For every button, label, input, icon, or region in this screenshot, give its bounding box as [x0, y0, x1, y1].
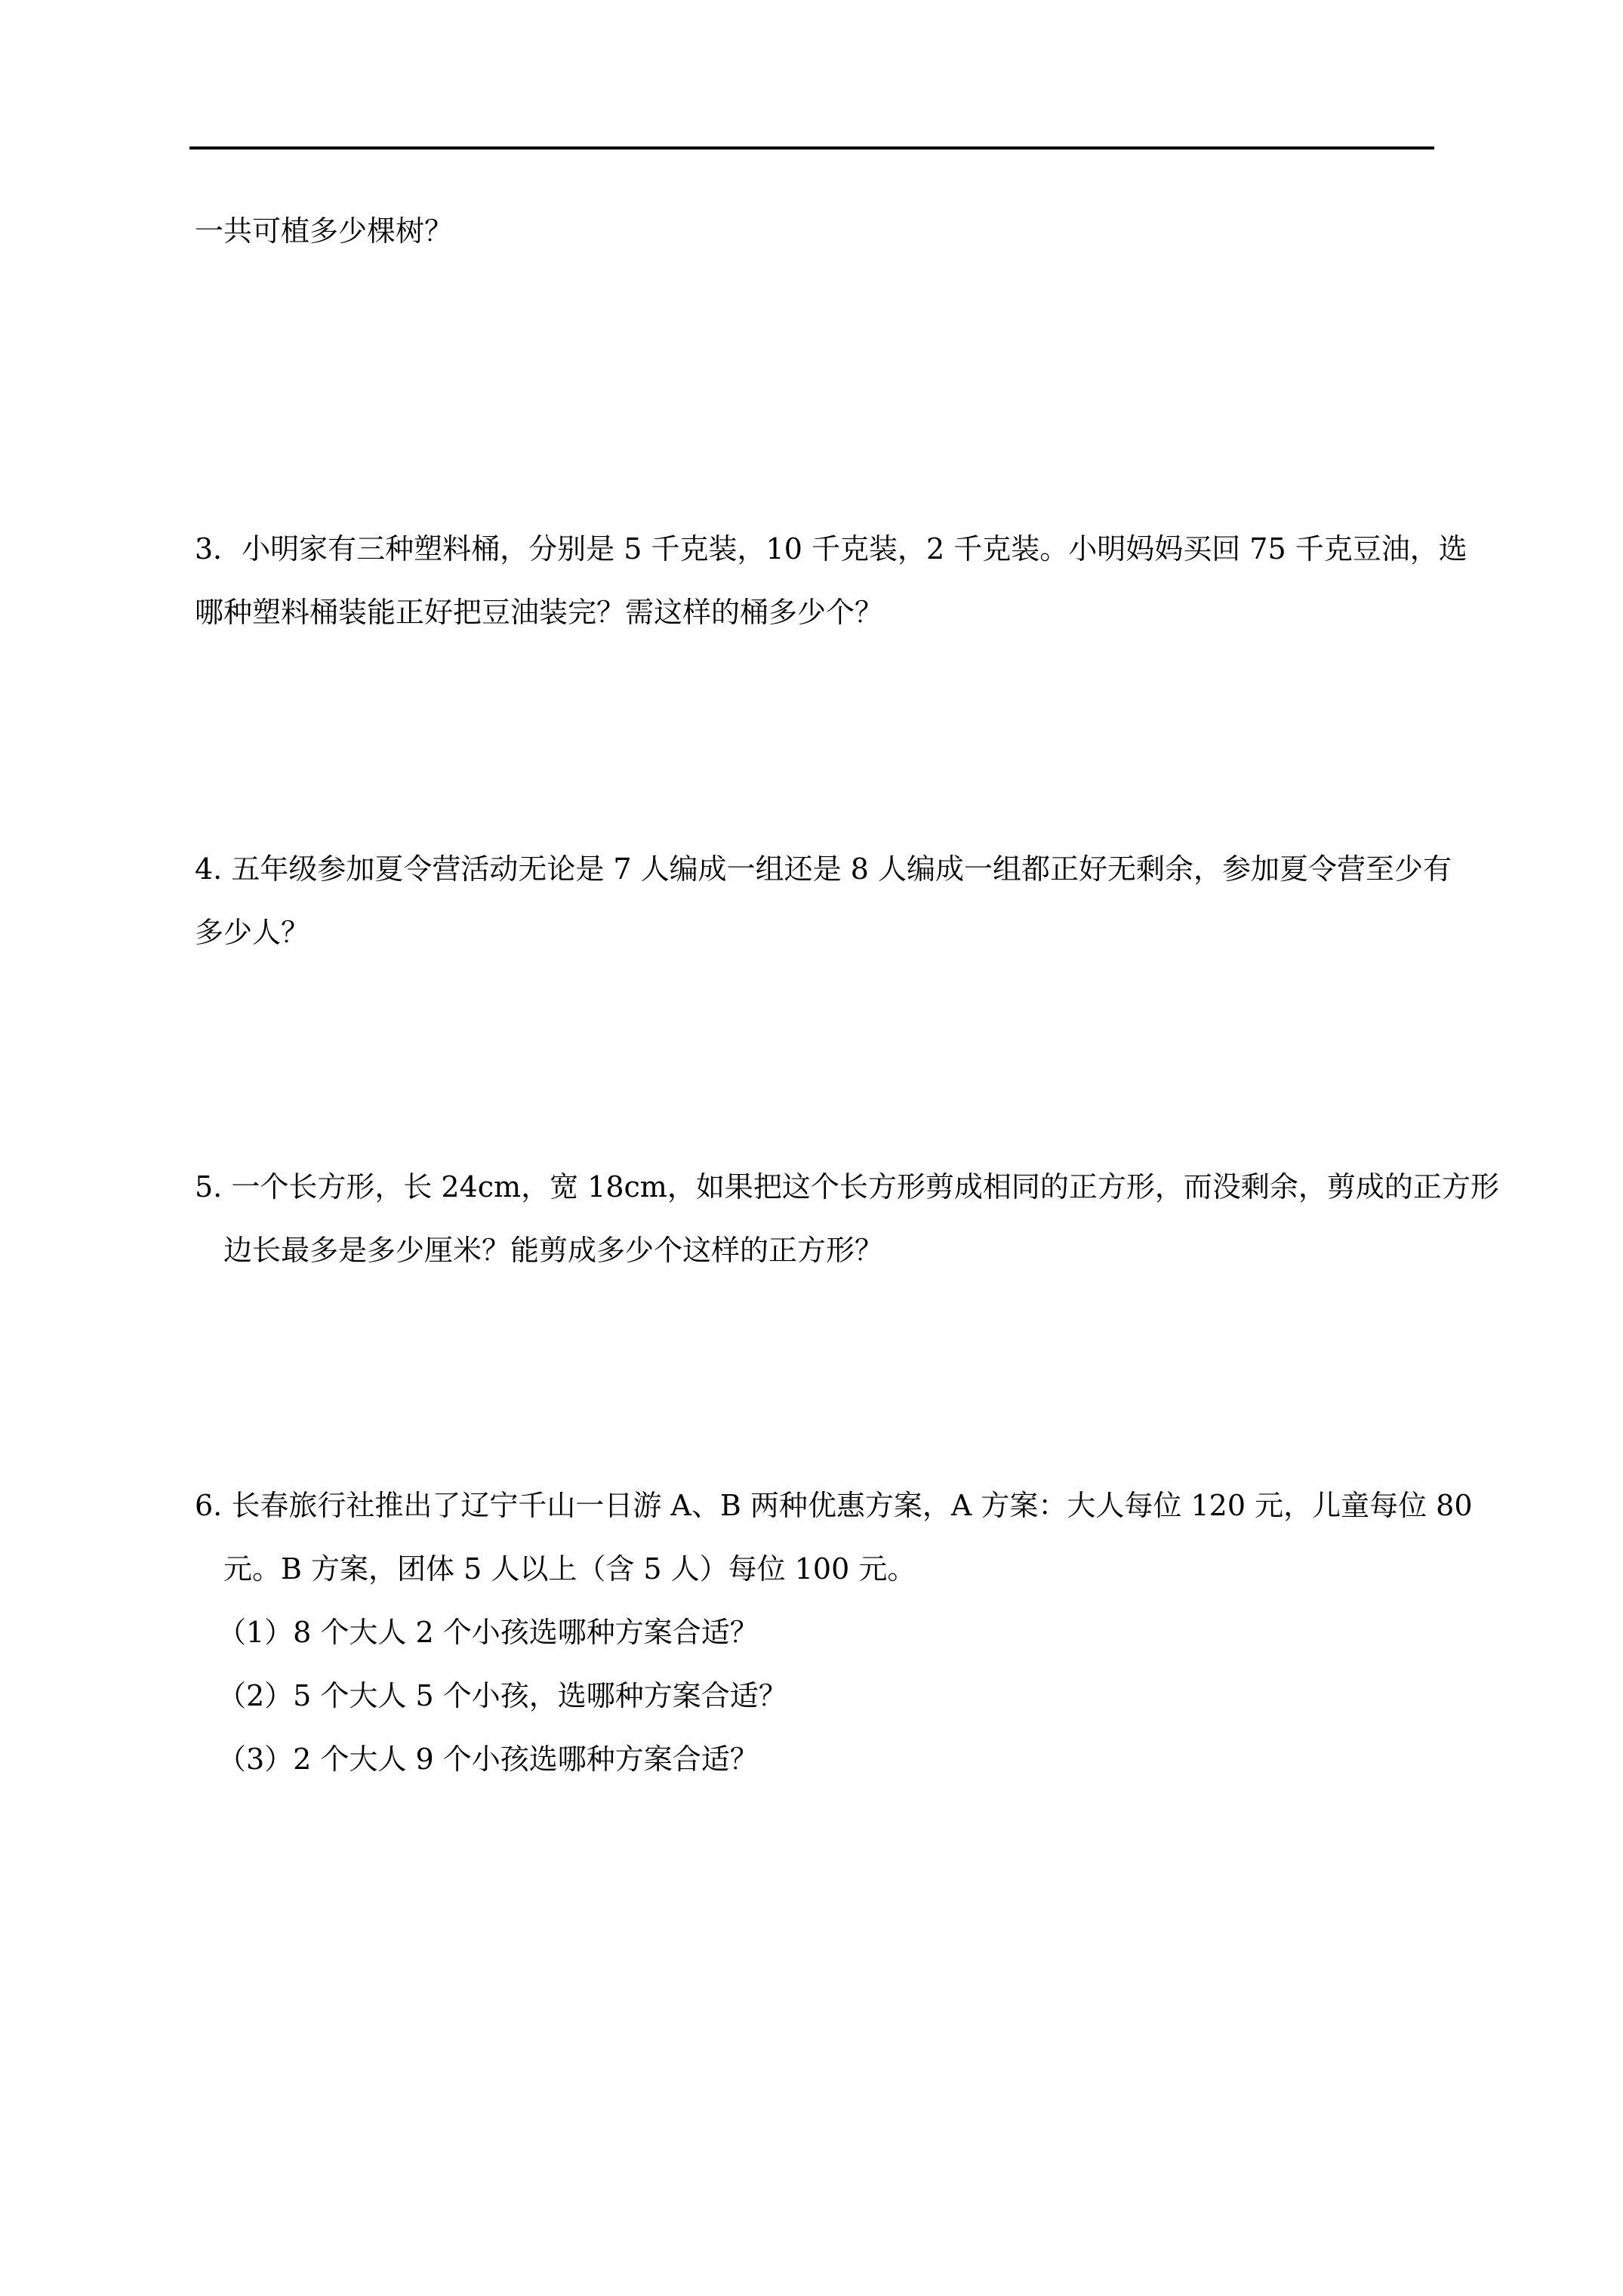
question-6: 6. 长春旅行社推出了辽宁千山一日游 A、B 两种优惠方案，A 方案：大人每位 … — [195, 1474, 1434, 1791]
question-text-line: 多少人？ — [195, 901, 1434, 964]
question-3: 3．小明家有三种塑料桶，分别是 5 千克装，10 千克装，2 千克装。小明妈妈买… — [195, 517, 1434, 644]
sub-question-2: （2）5 个大人 5 个小孩，选哪种方案合适？ — [195, 1664, 1434, 1727]
sub-question-1: （1）8 个大人 2 个小孩选哪种方案合适？ — [195, 1601, 1434, 1664]
question-text-line: 一共可植多少棵树？ — [195, 199, 1434, 263]
question-text-line: 4. 五年级参加夏令营活动无论是 7 人编成一组还是 8 人编成一组都正好无剩余… — [195, 837, 1434, 901]
sub-question-3: （3）2 个大人 9 个小孩选哪种方案合适？ — [195, 1727, 1434, 1791]
question-5: 5. 一个长方形，长 24cm，宽 18cm，如果把这个长方形剪成相同的正方形，… — [195, 1155, 1434, 1282]
header-rule — [189, 146, 1434, 149]
question-4: 4. 五年级参加夏令营活动无论是 7 人编成一组还是 8 人编成一组都正好无剩余… — [195, 837, 1434, 964]
question-text-line: 6. 长春旅行社推出了辽宁千山一日游 A、B 两种优惠方案，A 方案：大人每位 … — [195, 1474, 1434, 1537]
question-text-line: 元。B 方案，团体 5 人以上（含 5 人）每位 100 元。 — [195, 1537, 1434, 1601]
question-text-line: 3．小明家有三种塑料桶，分别是 5 千克装，10 千克装，2 千克装。小明妈妈买… — [195, 517, 1434, 581]
question-text-line: 5. 一个长方形，长 24cm，宽 18cm，如果把这个长方形剪成相同的正方形，… — [195, 1155, 1434, 1219]
question-text-line: 哪种塑料桶装能正好把豆油装完？需这样的桶多少个？ — [195, 581, 1434, 644]
question-text-line: 边长最多是多少厘米？能剪成多少个这样的正方形？ — [195, 1219, 1434, 1282]
question-2-continuation: 一共可植多少棵树？ — [195, 199, 1434, 263]
